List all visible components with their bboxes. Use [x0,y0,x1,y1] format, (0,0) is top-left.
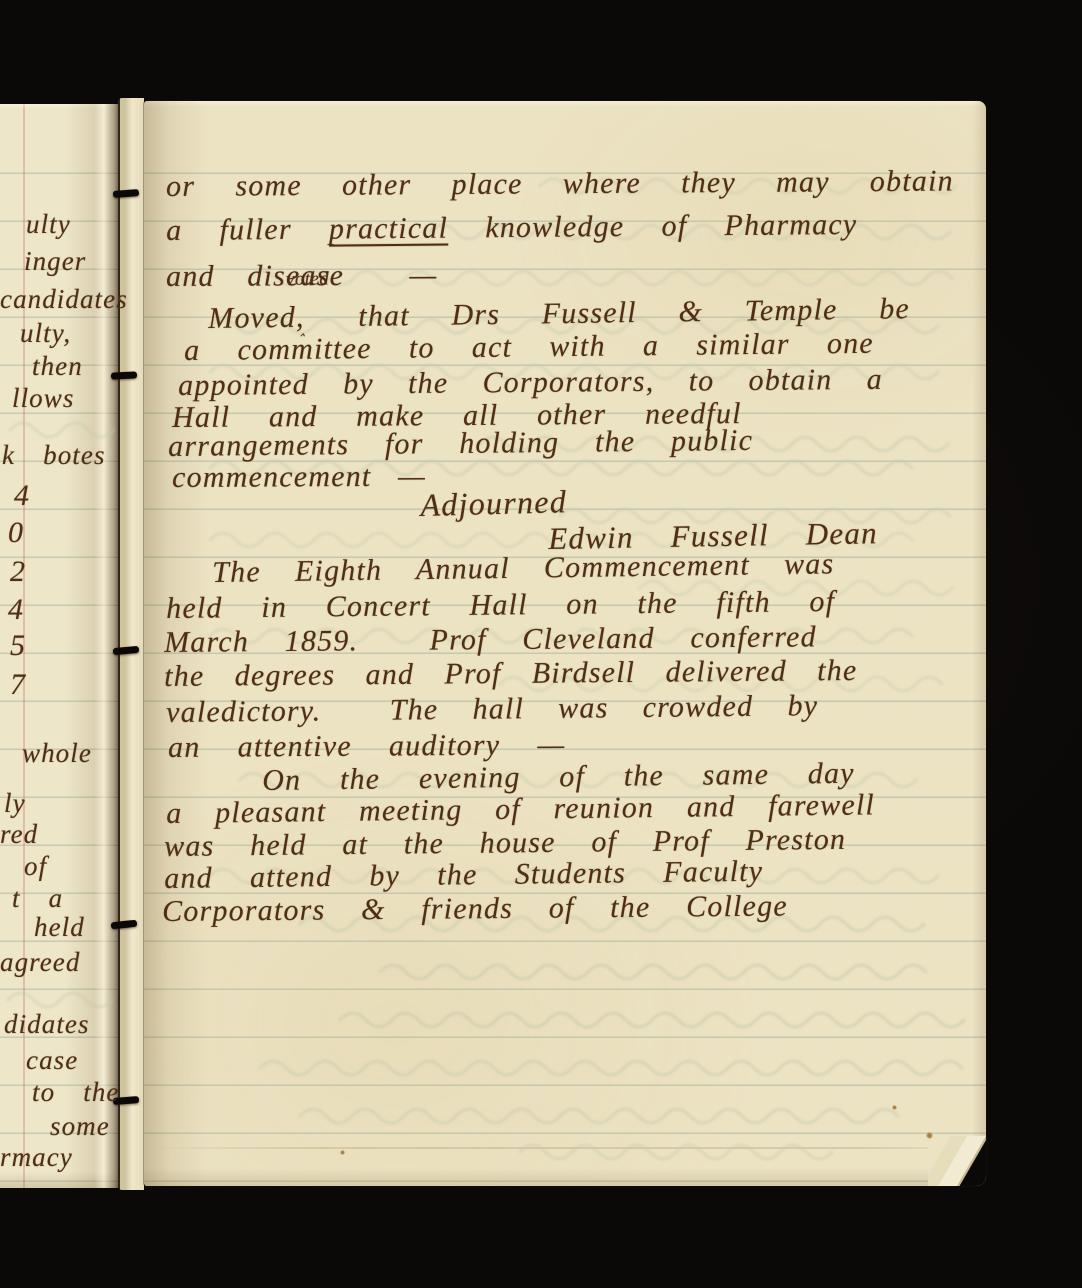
manuscript-text: or some other place where they may obtai… [0,0,1082,1288]
handwriting-segment: held in Concert Hall on the fifth of [166,585,835,625]
handwriting-line: The Eighth Annual Commencement was [212,547,835,589]
handwriting-segment: Moved, [208,301,305,335]
handwriting-line: held in Concert Hall on the fifth of [166,585,835,625]
handwriting-line: an attentive auditory — [168,728,565,764]
handwriting-segment: commencement — [172,460,426,494]
handwriting-line: and attend by the Students Faculty [164,855,763,895]
handwriting-line: the degrees and Prof Birdsell delivered … [164,654,858,693]
handwriting-segment: an attentive auditory — [168,728,565,764]
handwriting-line: a fuller practical knowledge of Pharmacy [166,208,858,247]
handwriting-segment: Corporators & friends of the College [162,890,788,928]
handwriting-segment: the degrees and Prof Birdsell delivered … [164,654,858,693]
handwriting-line: valedictory. The hall was crowded by [166,689,818,729]
handwriting-segment: Adjourned [420,483,568,523]
handwriting-segment: arrangements for holding the public [168,424,753,463]
handwriting-segment: March 1859. Prof Cleveland conferred [164,620,817,659]
handwriting-segment: or some other place where they may obtai… [166,165,954,203]
handwriting-line: or some other place where they may obtai… [166,165,954,203]
handwriting-line: commencement — [172,460,426,494]
handwriting-segment: valedictory. The hall was crowded by [166,689,818,729]
handwriting-segment: knowledge of Pharmacy [448,208,858,245]
handwriting-line: appointed by the Corporators, to obtain … [178,363,883,402]
underlined-word: practical [329,212,448,246]
photographed-manuscript: ultyingercandidatesulty,thenllowsk botes… [0,0,1082,1288]
inserted-word: voted [286,269,329,290]
handwriting-segment: a fuller [166,213,329,247]
handwriting-line: March 1859. Prof Cleveland conferred [164,620,817,659]
handwriting-line: arrangements for holding the public [168,424,753,463]
handwriting-line: Corporators & friends of the College [162,890,788,928]
handwriting-line: a committee to act with a similar one [184,327,874,367]
handwriting-segment: and attend by the Students Faculty [164,855,763,895]
handwriting-segment: The Eighth Annual Commencement was [212,547,835,589]
handwriting-line: Adjourned [420,484,567,523]
interlinear-insertion: voted‸ [304,296,316,326]
handwriting-segment: a committee to act with a similar one [184,327,874,367]
handwriting-segment: appointed by the Corporators, to obtain … [178,363,883,402]
